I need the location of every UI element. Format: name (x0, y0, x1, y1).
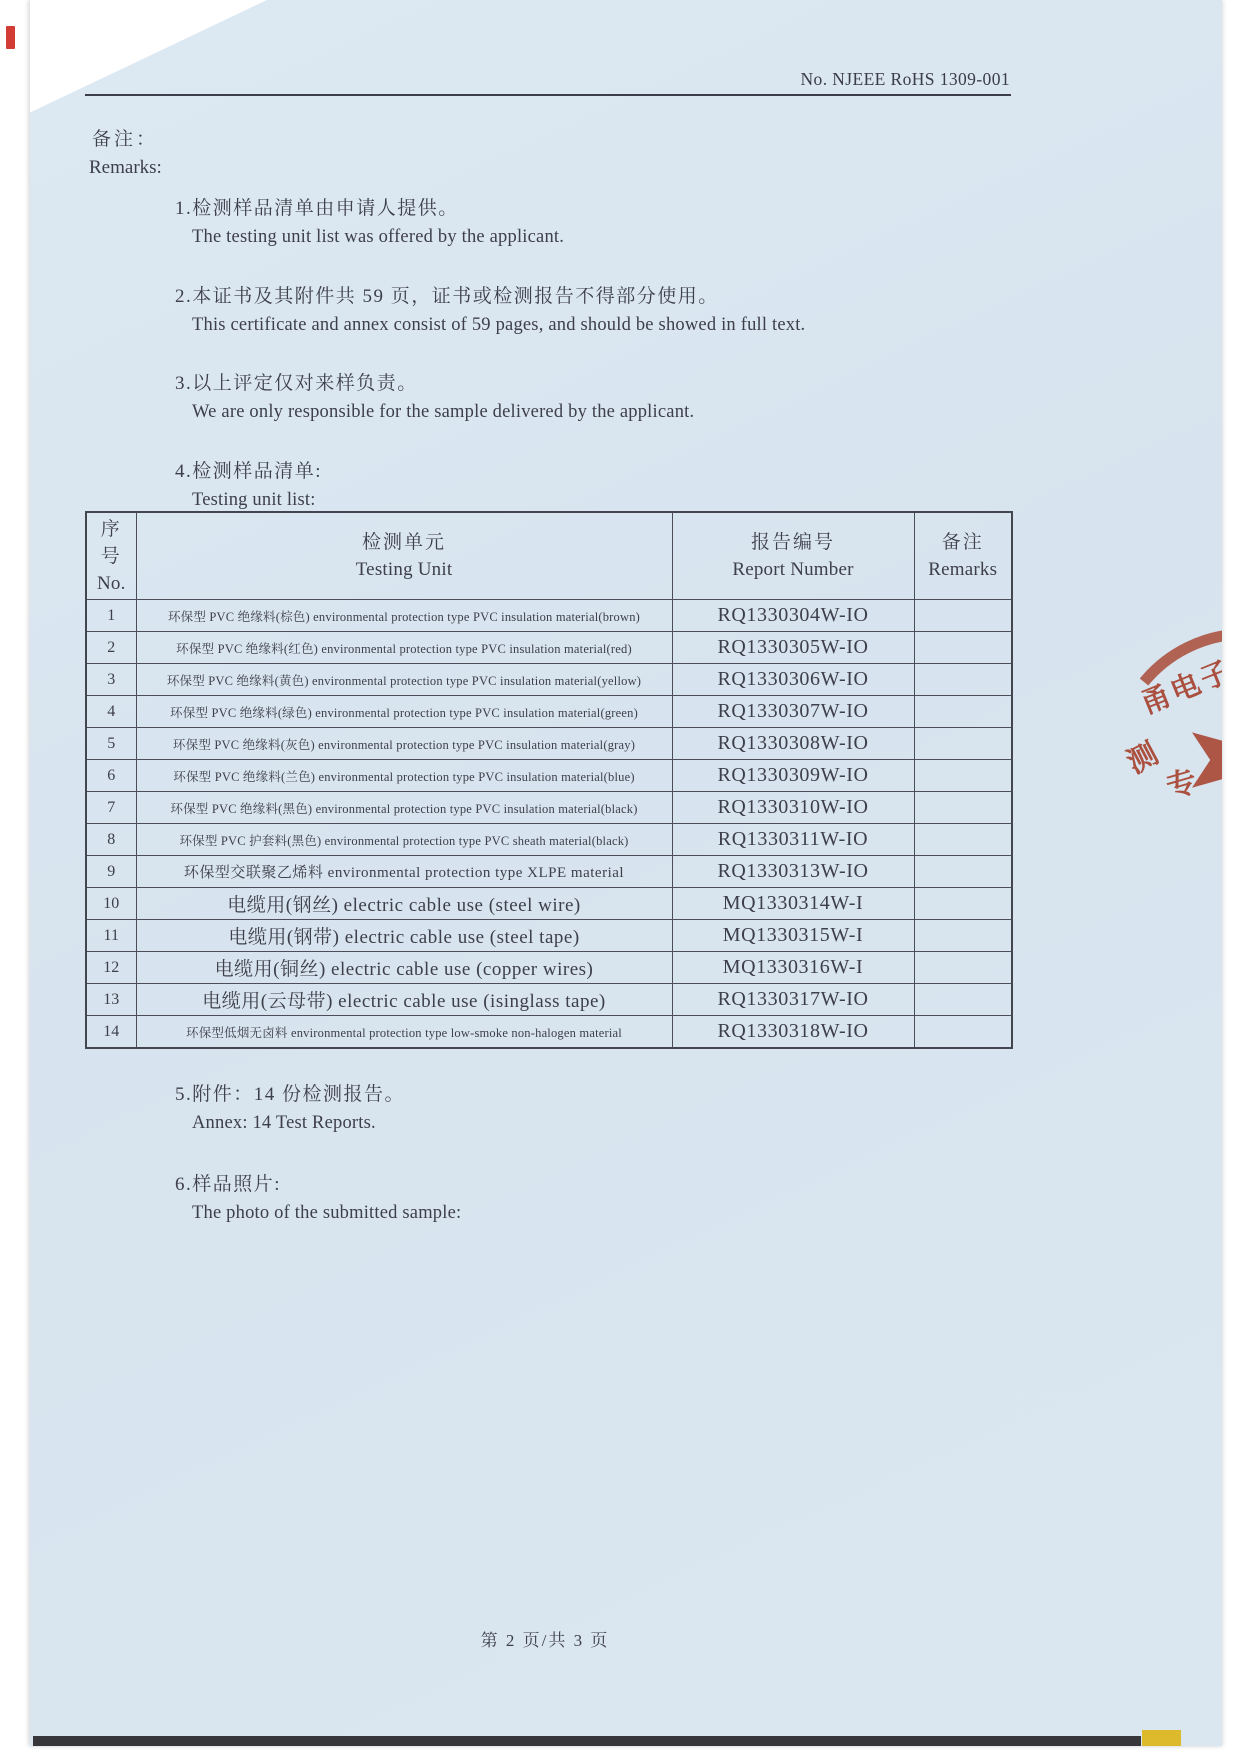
row-number-cell: 3 (86, 664, 136, 696)
testing-unit-cell: 环保型 PVC 绝缘料(灰色) environmental protection… (136, 728, 672, 760)
header-report-number: 报告编号 Report Number (672, 512, 914, 600)
table-row: 5 环保型 PVC 绝缘料(灰色) environmental protecti… (86, 728, 1012, 760)
table-row: 4 环保型 PVC 绝缘料(绿色) environmental protecti… (86, 696, 1012, 728)
testing-unit-cell: 电缆用(钢丝) electric cable use (steel wire) (136, 888, 672, 920)
remark-4-zh: 4.检测样品清单: (175, 456, 322, 483)
row-number-cell: 2 (86, 632, 136, 664)
table-row: 1 环保型 PVC 绝缘料(棕色) environmental protecti… (86, 600, 1012, 632)
report-number-cell: RQ1330304W-IO (672, 600, 914, 632)
row-remark-cell (914, 600, 1012, 632)
header-remarks: 备注 Remarks (914, 512, 1012, 600)
row-remark-cell (914, 920, 1012, 952)
row-number-cell: 12 (86, 952, 136, 984)
scan-bottom-yellow-mark (1142, 1730, 1181, 1746)
stamp-lower-char-1: 测 (1121, 736, 1164, 781)
testing-unit-cell: 环保型 PVC 护套料(黑色) environmental protection… (136, 824, 672, 856)
report-number-cell: MQ1330315W-I (672, 920, 914, 952)
header-divider (85, 94, 1011, 96)
remark-6-en: The photo of the submitted sample: (175, 1203, 461, 1224)
table-row: 2 环保型 PVC 绝缘料(红色) environmental protecti… (86, 632, 1012, 664)
table-header-row: 序 号 No. 检测单元 Testing Unit 报告编号 Report Nu… (86, 512, 1012, 600)
testing-unit-cell: 环保型 PVC 绝缘料(黄色) environmental protection… (136, 664, 672, 696)
row-number-cell: 8 (86, 824, 136, 856)
remark-item-3: 3.以上评定仅对来样负责。 We are only responsible fo… (175, 368, 694, 423)
report-number-cell: RQ1330308W-IO (672, 728, 914, 760)
testing-unit-cell: 环保型 PVC 绝缘料(红色) environmental protection… (136, 632, 672, 664)
row-number-cell: 6 (86, 760, 136, 792)
row-remark-cell (914, 824, 1012, 856)
row-remark-cell (914, 984, 1012, 1016)
remark-1-zh: 1.检测样品清单由申请人提供。 (175, 193, 564, 220)
remark-3-zh: 3.以上评定仅对来样负责。 (175, 368, 694, 395)
remark-5-zh: 5.附件：14 份检测报告。 (175, 1079, 405, 1106)
document-number: No. NJEEE RoHS 1309-001 (710, 69, 1010, 90)
testing-unit-cell: 环保型 PVC 绝缘料(棕色) environmental protection… (136, 600, 672, 632)
row-remark-cell (914, 1016, 1012, 1049)
report-number-cell: RQ1330313W-IO (672, 856, 914, 888)
remark-item-6: 6.样品照片: The photo of the submitted sampl… (175, 1169, 461, 1224)
table-row: 6 环保型 PVC 绝缘料(兰色) environmental protecti… (86, 760, 1012, 792)
table-row: 8 环保型 PVC 护套料(黑色) environmental protecti… (86, 824, 1012, 856)
row-number-cell: 4 (86, 696, 136, 728)
report-number-cell: RQ1330311W-IO (672, 824, 914, 856)
row-remark-cell (914, 728, 1012, 760)
certificate-paper: No. NJEEE RoHS 1309-001 备注： Remarks: 1.检… (30, 0, 1222, 1746)
header-testing-unit: 检测单元 Testing Unit (136, 512, 672, 600)
remark-item-4: 4.检测样品清单: Testing unit list: (175, 456, 322, 511)
remark-item-2: 2.本证书及其附件共 59 页，证书或检测报告不得部分使用。 This cert… (175, 281, 805, 336)
remark-2-en: This certificate and annex consist of 59… (175, 315, 805, 336)
row-number-cell: 14 (86, 1016, 136, 1049)
table-row: 10 电缆用(钢丝) electric cable use (steel wir… (86, 888, 1012, 920)
row-remark-cell (914, 888, 1012, 920)
table-row: 3 环保型 PVC 绝缘料(黄色) environmental protecti… (86, 664, 1012, 696)
row-remark-cell (914, 952, 1012, 984)
report-number-cell: RQ1330309W-IO (672, 760, 914, 792)
testing-unit-cell: 电缆用(钢带) electric cable use (steel tape) (136, 920, 672, 952)
row-remark-cell (914, 664, 1012, 696)
row-number-cell: 10 (86, 888, 136, 920)
testing-unit-cell: 环保型 PVC 绝缘料(绿色) environmental protection… (136, 696, 672, 728)
row-remark-cell (914, 856, 1012, 888)
remark-5-en: Annex: 14 Test Reports. (175, 1113, 405, 1134)
remark-6-zh: 6.样品照片: (175, 1169, 461, 1196)
table-row: 12 电缆用(铜丝) electric cable use (copper wi… (86, 952, 1012, 984)
testing-unit-cell: 环保型交联聚乙烯料 environmental protection type … (136, 856, 672, 888)
report-number-cell: MQ1330316W-I (672, 952, 914, 984)
row-remark-cell (914, 632, 1012, 664)
header-no: 序 号 No. (86, 512, 136, 600)
footer-page-indicator: 第 2 页/共 3 页 (445, 1626, 645, 1651)
testing-unit-cell: 环保型 PVC 绝缘料(兰色) environmental protection… (136, 760, 672, 792)
report-number-cell: RQ1330317W-IO (672, 984, 914, 1016)
row-number-cell: 1 (86, 600, 136, 632)
scan-red-mark (6, 26, 15, 49)
report-number-cell: MQ1330314W-I (672, 888, 914, 920)
remark-item-1: 1.检测样品清单由申请人提供。 The testing unit list wa… (175, 193, 564, 248)
report-number-cell: RQ1330310W-IO (672, 792, 914, 824)
remark-4-en: Testing unit list: (175, 490, 322, 511)
remark-2-zh: 2.本证书及其附件共 59 页，证书或检测报告不得部分使用。 (175, 281, 805, 308)
row-number-cell: 5 (86, 728, 136, 760)
stamp-lower-char-2: 专 (1163, 764, 1201, 806)
remarks-label-en: Remarks: (89, 157, 162, 179)
table-row: 11 电缆用(钢带) electric cable use (steel tap… (86, 920, 1012, 952)
testing-unit-cell: 电缆用(云母带) electric cable use (isinglass t… (136, 984, 672, 1016)
row-number-cell: 11 (86, 920, 136, 952)
report-number-cell: RQ1330307W-IO (672, 696, 914, 728)
table-row: 7 环保型 PVC 绝缘料(黑色) environmental protecti… (86, 792, 1012, 824)
remark-3-en: We are only responsible for the sample d… (175, 402, 694, 423)
table-row: 13 电缆用(云母带) electric cable use (isinglas… (86, 984, 1012, 1016)
scan-bottom-strip (33, 1736, 1141, 1746)
remark-item-5: 5.附件：14 份检测报告。 Annex: 14 Test Reports. (175, 1079, 405, 1134)
row-remark-cell (914, 792, 1012, 824)
row-number-cell: 9 (86, 856, 136, 888)
table-row: 9 环保型交联聚乙烯料 environmental protection typ… (86, 856, 1012, 888)
testing-unit-table: 序 号 No. 检测单元 Testing Unit 报告编号 Report Nu… (85, 511, 1013, 1049)
testing-unit-cell: 环保型 PVC 绝缘料(黑色) environmental protection… (136, 792, 672, 824)
remark-1-en: The testing unit list was offered by the… (175, 227, 564, 248)
report-number-cell: RQ1330318W-IO (672, 1016, 914, 1049)
scanned-certificate-page: { "header": { "doc_number": "No. NJEEE R… (0, 0, 1240, 1754)
remarks-label-zh: 备注： (92, 124, 158, 151)
row-remark-cell (914, 696, 1012, 728)
row-remark-cell (914, 760, 1012, 792)
row-number-cell: 7 (86, 792, 136, 824)
report-number-cell: RQ1330305W-IO (672, 632, 914, 664)
page-corner-cut (30, 0, 269, 113)
report-number-cell: RQ1330306W-IO (672, 664, 914, 696)
testing-unit-cell: 电缆用(铜丝) electric cable use (copper wires… (136, 952, 672, 984)
table-row: 14 环保型低烟无卤料 environmental protection typ… (86, 1016, 1012, 1049)
testing-unit-cell: 环保型低烟无卤料 environmental protection type l… (136, 1016, 672, 1049)
red-seal-stamp: 甬电子电 测 专 (1118, 588, 1222, 806)
row-number-cell: 13 (86, 984, 136, 1016)
table-body: 1 环保型 PVC 绝缘料(棕色) environmental protecti… (86, 600, 1012, 1049)
